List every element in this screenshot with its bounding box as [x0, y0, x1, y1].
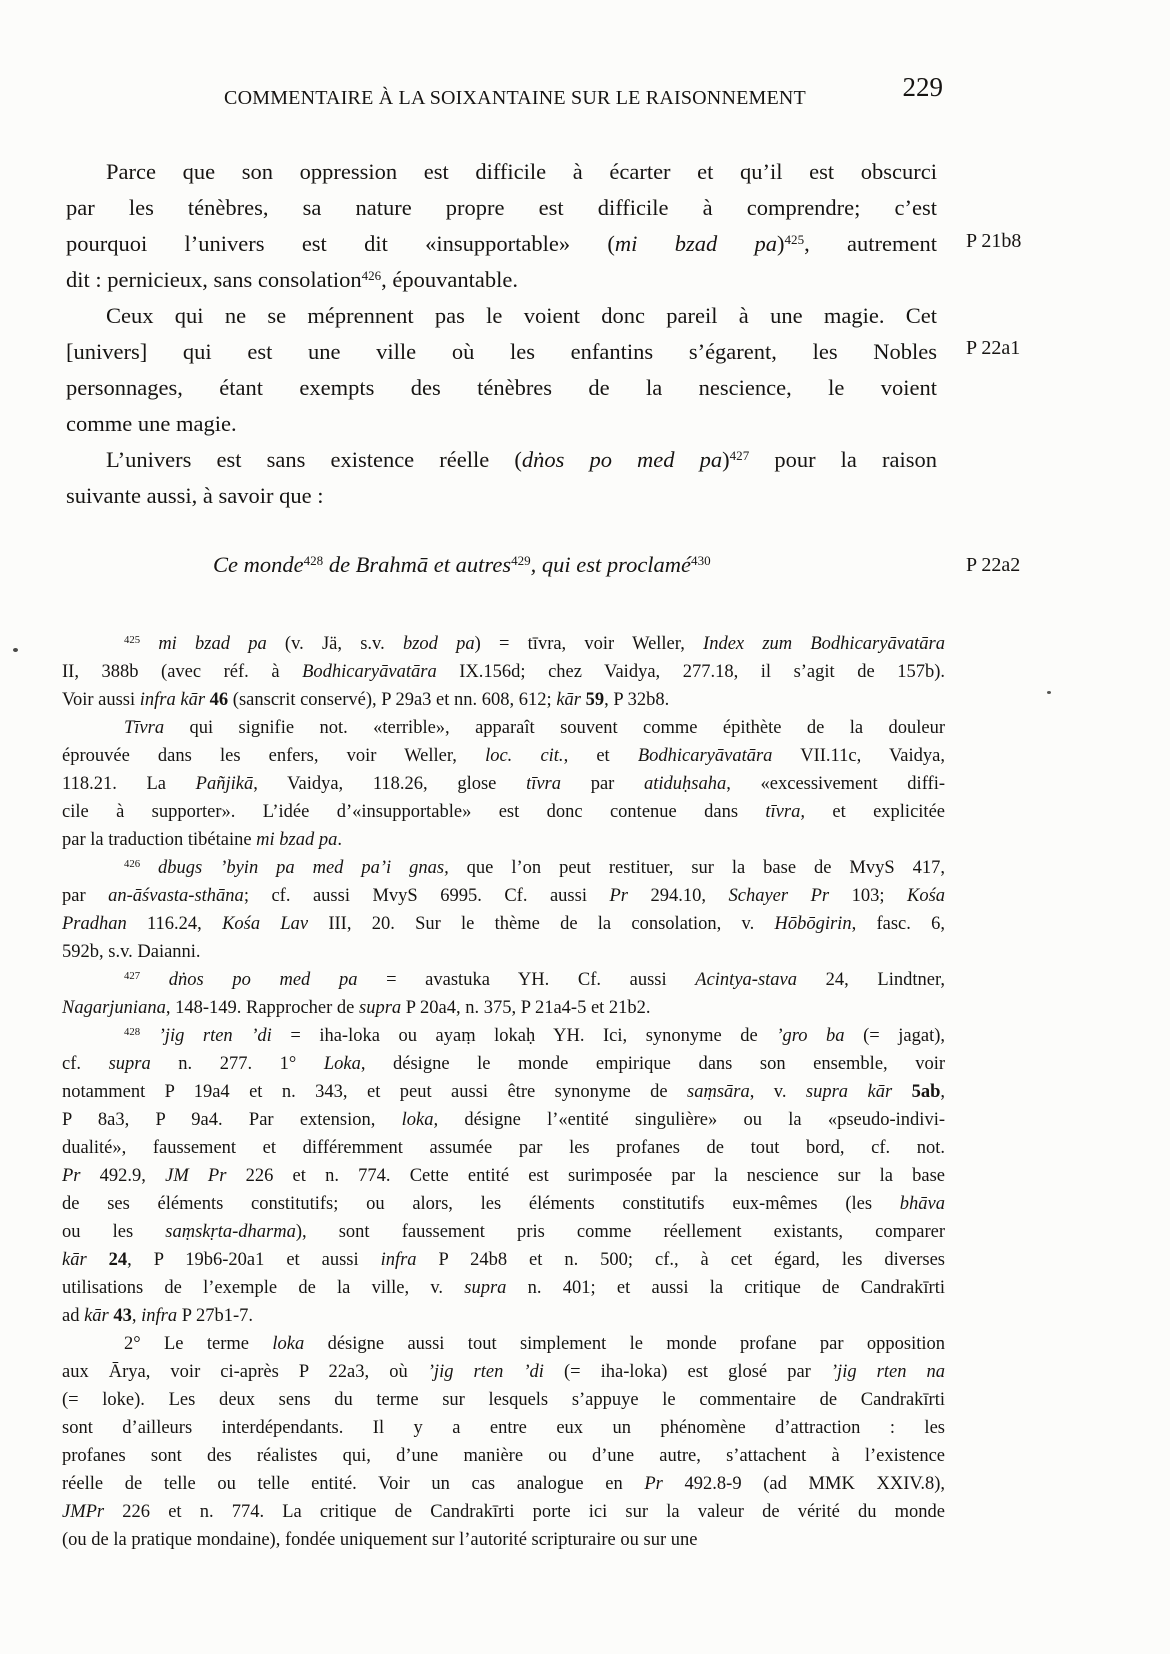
text-line: 428 ’jig rten ’di = iha-loka ou ayaṃ lok… — [62, 1022, 945, 1050]
text-line: (= loke). Les deux sens du terme sur les… — [62, 1386, 945, 1414]
text-line: profanes sont des réalistes qui, d’une m… — [62, 1442, 945, 1470]
text-line: éprouvée dans les enfers, voir Weller, l… — [62, 742, 945, 770]
scan-speck — [13, 648, 18, 652]
footnote-425-tivra: Tīvra qui signifie not. «terrible», appa… — [62, 714, 945, 854]
text-line: Nagarjuniana, 148-149. Rapprocher de sup… — [62, 994, 945, 1022]
text-line: 592b, s.v. Daianni. — [62, 938, 945, 966]
text-line: de ses éléments constitutifs; ou alors, … — [62, 1190, 945, 1218]
text-line: ou les saṃskṛta-dharma), sont faussement… — [62, 1218, 945, 1246]
paragraph-oppression: Parce que son oppression est difficile à… — [66, 154, 937, 298]
footnote-428: 428 ’jig rten ’di = iha-loka ou ayaṃ lok… — [62, 1022, 945, 1330]
text-line: par la traduction tibétaine mi bzad pa. — [62, 826, 945, 854]
paragraph-magie: Ceux qui ne se méprennent pas le voient … — [66, 298, 937, 442]
text-line: II, 388b (avec réf. à Bodhicaryāvatāra I… — [62, 658, 945, 686]
page-number: 229 — [850, 72, 943, 102]
text-line: Tīvra qui signifie not. «terrible», appa… — [62, 714, 945, 742]
text-line: dualité», faussement et différemment ass… — [62, 1134, 945, 1162]
text-line: 118.21. La Pañjikā, Vaidya, 118.26, glos… — [62, 770, 945, 798]
text-line: 2° Le terme loka désigne aussi tout simp… — [62, 1330, 945, 1358]
book-page: COMMENTAIRE À LA SOIXANTAINE SUR LE RAIS… — [0, 0, 1170, 1654]
main-text-block: Parce que son oppression est difficile à… — [66, 154, 937, 514]
text-line: L’univers est sans existence réelle (dṅo… — [66, 442, 937, 478]
text-line: ad kār 43, infra P 27b1-7. — [62, 1302, 945, 1330]
text-line: aux Ārya, voir ci-après P 22a3, où ’jig … — [62, 1358, 945, 1386]
margin-note-p21b8: P 21b8 — [966, 228, 1021, 254]
running-head: COMMENTAIRE À LA SOIXANTAINE SUR LE RAIS… — [70, 86, 960, 110]
text-line: réelle de telle ou telle entité. Voir un… — [62, 1470, 945, 1498]
text-line: JMPr 226 et n. 774. La critique de Candr… — [62, 1498, 945, 1526]
text-line: par les ténèbres, sa nature propre est d… — [66, 190, 937, 226]
text-line: cile à supporter». L’idée d’«insupportab… — [62, 798, 945, 826]
text-line: utilisations de l’exemple de la ville, v… — [62, 1274, 945, 1302]
running-head-title: COMMENTAIRE À LA SOIXANTAINE SUR LE RAIS… — [224, 87, 806, 109]
text-line: sont d’ailleurs interdépendants. Il y a … — [62, 1414, 945, 1442]
text-line: cf. supra n. 277. 1° Loka, désigne le mo… — [62, 1050, 945, 1078]
margin-note-p22a1: P 22a1 — [966, 335, 1020, 361]
footnote-426: 426 dbugs ’byin pa med pa’i gnas, que l’… — [62, 854, 945, 966]
text-line: 425 mi bzad pa (v. Jä, s.v. bzod pa) = t… — [62, 630, 945, 658]
margin-note-p22a2: P 22a2 — [966, 552, 1020, 578]
text-line: comme une magie. — [66, 406, 937, 442]
text-line: kār 24, P 19b6-20a1 et aussi infra P 24b… — [62, 1246, 945, 1274]
text-line: Pr 492.9, JM Pr 226 et n. 774. Cette ent… — [62, 1162, 945, 1190]
text-line: P 8a3, P 9a4. Par extension, loka, désig… — [62, 1106, 945, 1134]
text-line: Voir aussi infra kār 46 (sanscrit conser… — [62, 686, 945, 714]
verse-quote: Ce monde428 de Brahmā et autres429, qui … — [213, 547, 711, 586]
footnote-block: 425 mi bzad pa (v. Jä, s.v. bzod pa) = t… — [62, 630, 945, 1554]
text-line: 426 dbugs ’byin pa med pa’i gnas, que l’… — [62, 854, 945, 882]
text-line: Parce que son oppression est difficile à… — [66, 154, 937, 190]
text-line: suivante aussi, à savoir que : — [66, 478, 937, 514]
text-line: dit : pernicieux, sans consolation426, é… — [66, 262, 937, 298]
footnote-425: 425 mi bzad pa (v. Jä, s.v. bzod pa) = t… — [62, 630, 945, 714]
paragraph-existence-reelle: L’univers est sans existence réelle (dṅo… — [66, 442, 937, 514]
text-line: pourquoi l’univers est dit «insupportabl… — [66, 226, 937, 262]
text-line: notamment P 19a4 et n. 343, et peut auss… — [62, 1078, 945, 1106]
text-line: Pradhan 116.24, Kośa Lav III, 20. Sur le… — [62, 910, 945, 938]
footnote-428-2deg: 2° Le terme loka désigne aussi tout simp… — [62, 1330, 945, 1554]
text-line: personnages, étant exempts des ténèbres … — [66, 370, 937, 406]
text-line: Ceux qui ne se méprennent pas le voient … — [66, 298, 937, 334]
text-line: [univers] qui est une ville où les enfan… — [66, 334, 937, 370]
text-line: par an-āśvasta-sthāna; cf. aussi MvyS 69… — [62, 882, 945, 910]
scan-speck — [1047, 691, 1051, 694]
text-line: Ce monde428 de Brahmā et autres429, qui … — [213, 547, 711, 586]
footnote-427: 427 dṅos po med pa = avastuka YH. Cf. au… — [62, 966, 945, 1022]
text-line: (ou de la pratique mondaine), fondée uni… — [62, 1526, 945, 1554]
text-line: 427 dṅos po med pa = avastuka YH. Cf. au… — [62, 966, 945, 994]
